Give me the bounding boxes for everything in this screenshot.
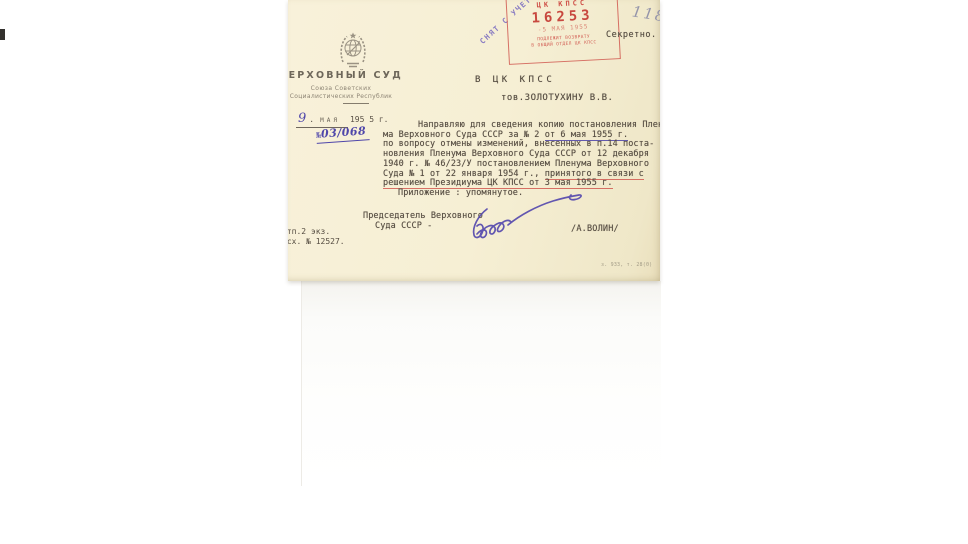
recipient-person: тов.ЗОЛОТУХИНУ В.В. [501,93,613,103]
letter-body: Направляю для сведения копию постановлен… [383,121,660,199]
letterhead-org-line2: Союза Советских [288,85,414,92]
underlying-blank-page [301,281,661,486]
handwritten-day: 9 [298,111,306,126]
outgoing-number-line: №03/068 [315,119,369,144]
archival-page-number: 118 [631,2,660,25]
scanned-document-canvas: 118 СНЯТ С УЧЕТА ЦК КПСС 16253 -5 МАЯ 19… [0,0,968,544]
secrecy-label: Секретно. [606,30,657,40]
letterhead-org-line3: Социалистических Республик [288,93,414,100]
form-print-code: з. 933, т. 28(0) [601,262,652,268]
signer-title-line2: Суда СССР - [375,221,432,231]
recipient-org: В ЦК КПСС [475,75,555,85]
letterhead-org-name: ВЕРХОВНЫЙ СУД [288,70,416,81]
letterhead-divider [343,103,369,104]
cc-registration-stamp: ЦК КПСС 16253 -5 МАЯ 1955 ПОДЛЕЖИТ ВОЗВР… [505,0,621,65]
margin-note-copies: отп.2 экз. [288,227,330,236]
emblem-star [350,33,357,39]
scan-artifact [0,29,5,40]
stamp-return-note: ПОДЛЕЖИТ ВОЗВРАТУ В ОБЩИЙ ОТДЕЛ ЦК КПСС [509,33,619,50]
ussr-emblem-icon [338,31,368,71]
handwritten-number: 03/068 [320,124,366,140]
signature-autograph [463,189,588,247]
date-dot: . [309,115,314,124]
margin-note-outgoing: исх. № 12527. [288,237,345,246]
document-page: 118 СНЯТ С УЧЕТА ЦК КПСС 16253 -5 МАЯ 19… [288,0,660,281]
